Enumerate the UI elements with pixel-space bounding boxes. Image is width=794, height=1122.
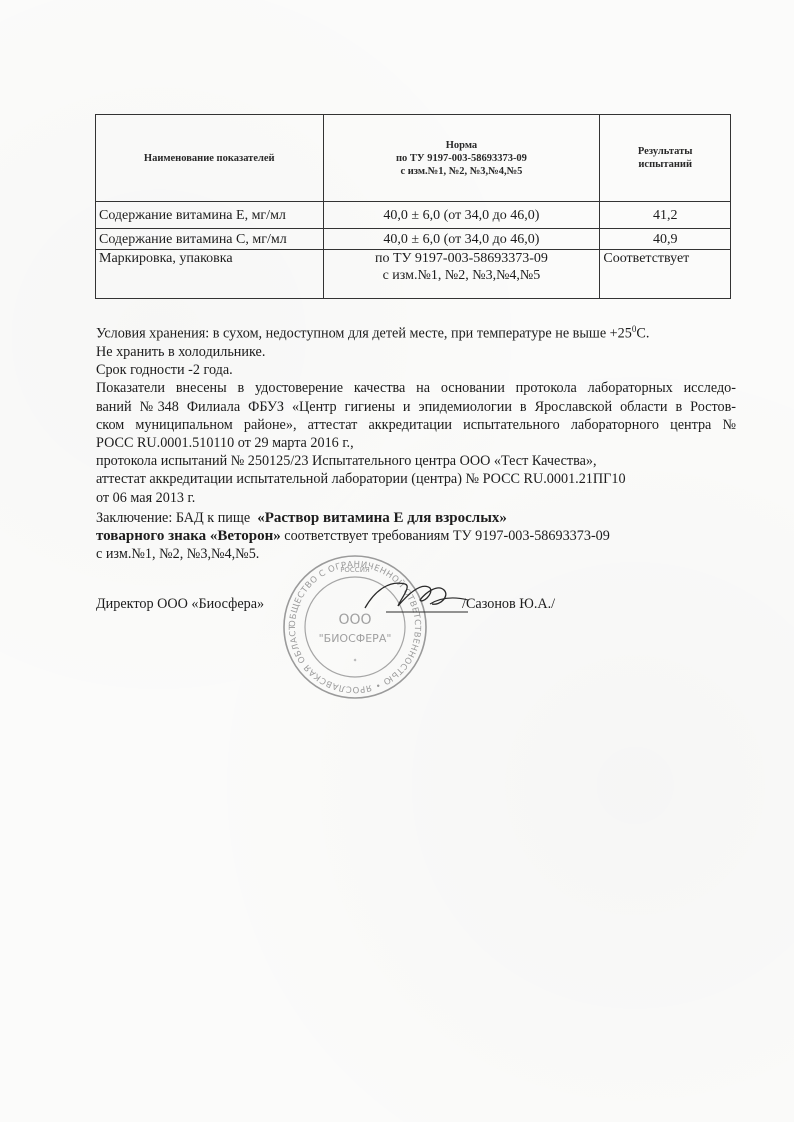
table-header-row: Наименование показателей Норма по ТУ 919… [96, 115, 731, 202]
row-norm: 40,0 ± 6,0 (от 34,0 до 46,0) [323, 229, 600, 250]
conclusion-rest: соответствует требованиям ТУ 9197-003-58… [281, 528, 610, 544]
row-norm: 40,0 ± 6,0 (от 34,0 до 46,0) [323, 202, 600, 229]
row-result: 41,2 [600, 202, 731, 229]
row-norm-line1: по ТУ 9197-003-58693373-09 [327, 250, 597, 267]
header-results-line2: испытаний [603, 158, 727, 171]
svg-text:"БИОСФЕРА": "БИОСФЕРА" [319, 632, 392, 645]
conclusion-line-1: Заключение: БАД к пище «Раствор витамина… [96, 509, 736, 527]
header-indicator-name-text: Наименование показателей [144, 153, 275, 164]
protocol-line-1: протокола испытаний № 250125/23 Испытате… [96, 452, 736, 470]
header-norm-line3: с изм.№1, №2, №3,№4,№5 [327, 165, 597, 178]
director-title: Директор ООО «Биосфера» [96, 596, 264, 613]
basis-line-2: ваний №348 Филиала ФБУЗ «Центр гигиены и… [96, 398, 736, 416]
row-result: Соответствует [600, 250, 731, 299]
handwritten-signature-icon [360, 570, 470, 620]
row-name: Содержание витамина С, мг/мл [96, 229, 324, 250]
table-row: Содержание витамина С, мг/мл 40,0 ± 6,0 … [96, 229, 731, 250]
basis-line-1: Показатели внесены в удостоверение качес… [96, 379, 736, 397]
basis-line-3: ском муниципальном районе», аттестат акк… [96, 416, 736, 434]
header-results-line1: Результаты [603, 145, 727, 158]
conclusion-prefix: Заключение: БАД к пище [96, 510, 257, 526]
table-row: Маркировка, упаковка по ТУ 9197-003-5869… [96, 250, 731, 299]
header-norm-line1: Норма [327, 139, 597, 152]
brand-name: товарного знака «Веторон» [96, 528, 281, 544]
storage-end: С. [636, 326, 649, 342]
basis-line-4: РОСС RU.0001.510110 от 29 марта 2016 г., [96, 434, 736, 452]
document-body: Условия хранения: в сухом, недоступном д… [96, 320, 736, 563]
no-fridge: Не хранить в холодильнике. [96, 343, 736, 361]
svg-text:✦: ✦ [353, 657, 358, 664]
storage-conditions: Условия хранения: в сухом, недоступном д… [96, 320, 736, 343]
row-norm-line2: с изм.№1, №2, №3,№4,№5 [327, 267, 597, 284]
header-norm-line2: по ТУ 9197-003-58693373-09 [327, 152, 597, 165]
table-row: Содержание витамина Е, мг/мл 40,0 ± 6,0 … [96, 202, 731, 229]
row-name: Маркировка, упаковка [96, 250, 324, 299]
row-norm: по ТУ 9197-003-58693373-09 с изм.№1, №2,… [323, 250, 600, 299]
row-name: Содержание витамина Е, мг/мл [96, 202, 324, 229]
row-result: 40,9 [600, 229, 731, 250]
conclusion-line-2: товарного знака «Веторон» соответствует … [96, 527, 736, 545]
results-table: Наименование показателей Норма по ТУ 919… [95, 114, 731, 299]
header-indicator-name: Наименование показателей [96, 115, 324, 202]
protocol-line-3: от 06 мая 2013 г. [96, 489, 736, 507]
shelf-life: Срок годности -2 года. [96, 361, 736, 379]
header-norm: Норма по ТУ 9197-003-58693373-09 с изм.№… [323, 115, 600, 202]
storage-text: Условия хранения: в сухом, недоступном д… [96, 326, 632, 342]
product-name: «Раствор витамина Е для взрослых» [257, 510, 507, 526]
protocol-line-2: аттестат аккредитации испытательной лабо… [96, 470, 736, 488]
director-name: /Сазонов Ю.А./ [462, 596, 555, 613]
header-results: Результаты испытаний [600, 115, 731, 202]
